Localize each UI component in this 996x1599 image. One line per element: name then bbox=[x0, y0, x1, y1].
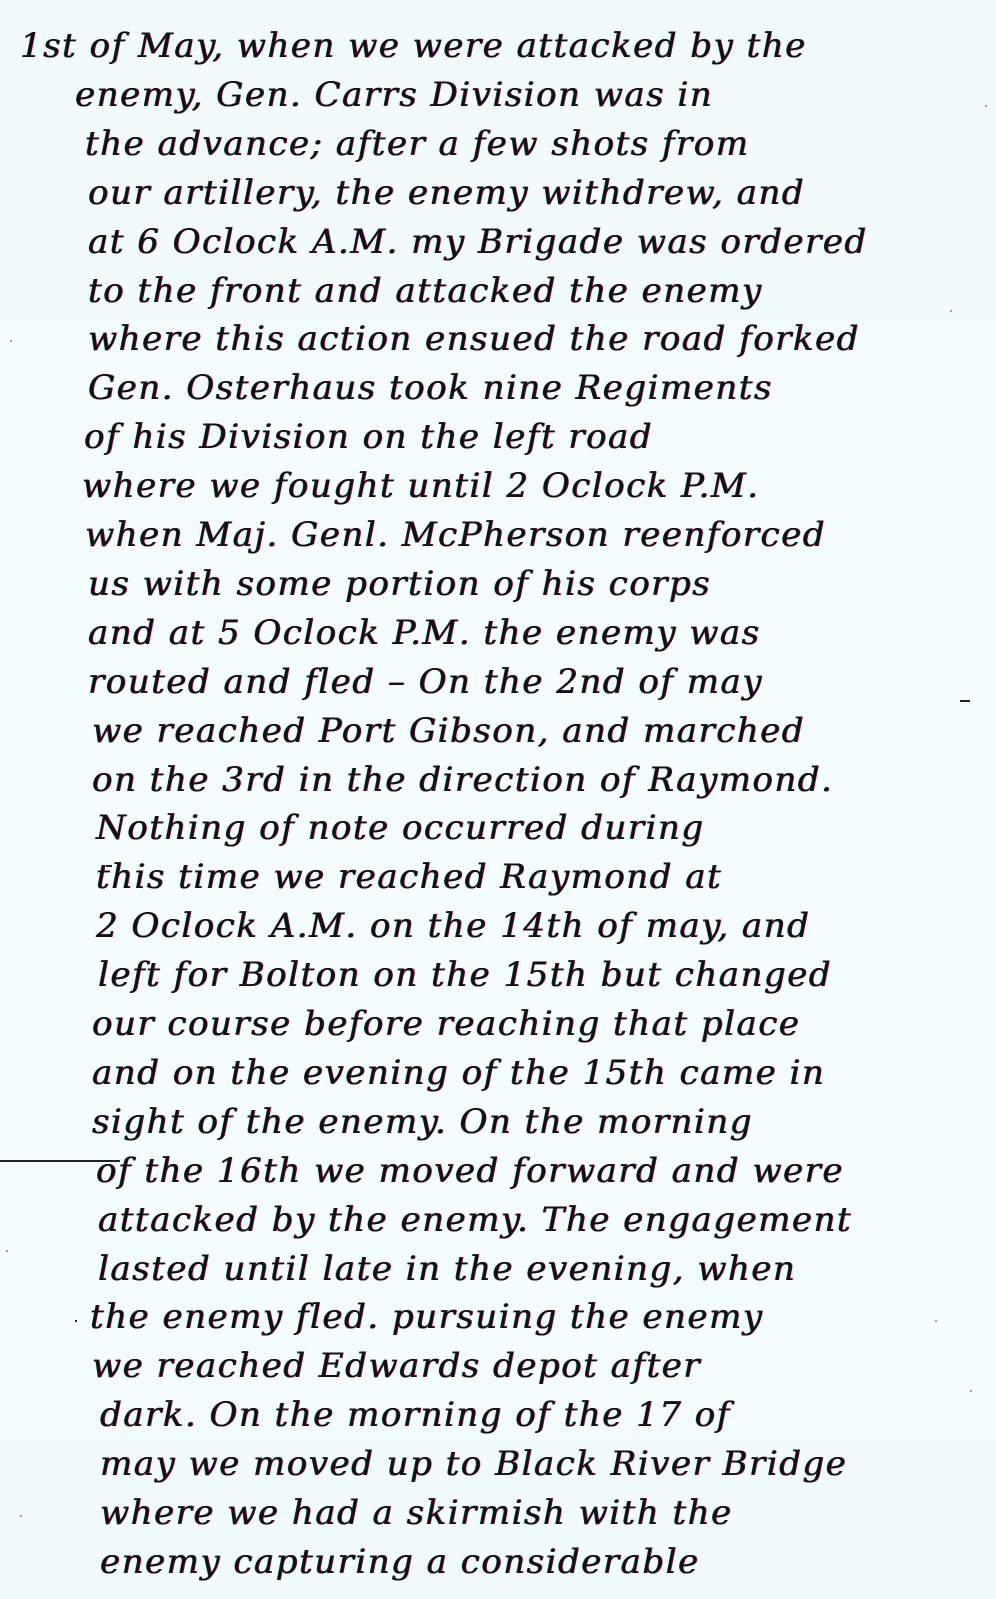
manuscript-line: sight of the enemy. On the morning bbox=[92, 1100, 753, 1144]
manuscript-line: Gen. Osterhaus took nine Regiments bbox=[88, 366, 773, 410]
manuscript-line: at 6 Oclock A.M. my Brigade was ordered bbox=[88, 220, 868, 264]
manuscript-line: 2 Oclock A.M. on the 14th of may, and bbox=[96, 904, 810, 948]
paper-speck bbox=[6, 1250, 8, 1252]
manuscript-page: 1st of May, when we were attacked by the… bbox=[0, 0, 996, 1599]
manuscript-line: routed and fled – On the 2nd of may bbox=[88, 660, 763, 704]
paper-speck bbox=[935, 1320, 937, 1322]
paper-speck bbox=[970, 1390, 972, 1392]
manuscript-line: on the 3rd in the direction of Raymond. bbox=[92, 758, 833, 802]
manuscript-line: when Maj. Genl. McPherson reenforced bbox=[85, 513, 826, 557]
manuscript-line: our course before reaching that place bbox=[92, 1002, 800, 1046]
manuscript-line: we reached Port Gibson, and marched bbox=[92, 709, 805, 753]
manuscript-line: lasted until late in the evening, when bbox=[98, 1247, 796, 1291]
paper-speck bbox=[10, 340, 12, 342]
manuscript-line: where we had a skirmish with the bbox=[100, 1491, 733, 1535]
manuscript-line: the enemy fled. pursuing the enemy bbox=[90, 1295, 764, 1339]
manuscript-line: where we fought until 2 Oclock P.M. bbox=[82, 464, 760, 508]
margin-tick-mark bbox=[75, 1320, 77, 1322]
paper-speck bbox=[950, 310, 952, 312]
manuscript-line: Nothing of note occurred during bbox=[96, 806, 705, 850]
manuscript-line: attacked by the enemy. The engagement bbox=[98, 1198, 852, 1242]
manuscript-line: and on the evening of the 15th came in bbox=[92, 1051, 825, 1095]
manuscript-line: dark. On the morning of the 17 of bbox=[100, 1393, 731, 1437]
manuscript-line: us with some portion of his corps bbox=[88, 562, 711, 606]
manuscript-line: of the 16th we moved forward and were bbox=[96, 1149, 844, 1193]
margin-tick-mark bbox=[960, 700, 970, 702]
manuscript-line: of his Division on the left road bbox=[84, 415, 653, 459]
manuscript-line: enemy capturing a considerable bbox=[100, 1540, 700, 1584]
manuscript-line: to the front and attacked the enemy bbox=[88, 269, 763, 313]
manuscript-line: this time we reached Raymond at bbox=[96, 855, 722, 899]
manuscript-line: left for Bolton on the 15th but changed bbox=[98, 953, 832, 997]
manuscript-line: may we moved up to Black River Bridge bbox=[100, 1442, 847, 1486]
manuscript-line: our artillery, the enemy withdrew, and bbox=[88, 171, 805, 215]
manuscript-line: where this action ensued the road forked bbox=[88, 317, 860, 361]
manuscript-line: enemy, Gen. Carrs Division was in bbox=[75, 73, 713, 117]
manuscript-line: we reached Edwards depot after bbox=[92, 1344, 701, 1388]
paper-speck bbox=[985, 105, 987, 107]
paper-speck bbox=[20, 1515, 22, 1517]
manuscript-line: and at 5 Oclock P.M. the enemy was bbox=[88, 611, 761, 655]
manuscript-line: 1st of May, when we were attacked by the bbox=[20, 24, 807, 68]
manuscript-line: the advance; after a few shots from bbox=[85, 122, 750, 166]
